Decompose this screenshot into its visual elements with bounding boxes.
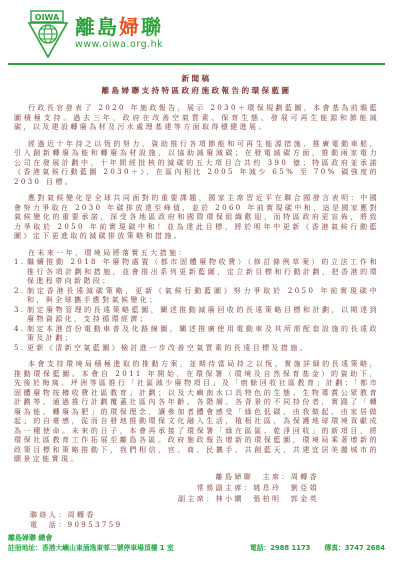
paragraph-1: 行政長官發表了 2020 年施政報告，展示 2030＋環保規劃藍圖，本會基為前瞻…	[14, 104, 379, 133]
list-item: 4. 制定本港首份電動車普及化路線圖，闡述推廣使用電動車及其所需配套設施的長遠政…	[14, 325, 379, 344]
list-item-text: 制定廢物管理的長遠策略藍圖，闡述推動減廢回收的長遠策略目標和計劃，以期達到廢物資…	[27, 306, 379, 325]
list-intro: 在未來一年，環境局將落實五大措施：	[14, 249, 379, 259]
document-body: 新聞稿 離島婦聯支持特區政府施政報告的環保藍圖 行政長官發表了 2020 年施政…	[0, 65, 393, 530]
paragraph-3: 應對氣候變化是全球共同面對的重要課題，國家主席習近平在聯合國發言表明：中國會努力…	[14, 194, 379, 242]
press-release-title: 離島婦聯支持特區政府施政報告的環保藍圖	[14, 86, 379, 96]
signature-vice-chairs: 副主席：林小嫻 張柏明 郭金英	[14, 494, 319, 505]
measures-list: 1. 繼續推動 2018 年廢物處置（都市固體廢物收費）（修訂條例草案）的立法工…	[14, 258, 379, 353]
list-item: 1. 繼續推動 2018 年廢物處置（都市固體廢物收費）（修訂條例草案）的立法工…	[14, 258, 379, 287]
org-name-part2: 聯	[141, 15, 163, 39]
paragraph-2: 經過近十年持之以恆的努力，資助推行各項節能和可再生能源措施，推廣電動車船，引入創…	[14, 140, 379, 188]
list-item-number: 4.	[14, 325, 27, 344]
list-item: 5. 更新《清新空氣藍圖》檢討進一步改善空氣質素的長遠目標及措施。	[14, 344, 379, 354]
list-item-text: 繼續推動 2018 年廢物處置（都市固體廢物收費）（修訂條例草案）的立法工作和推…	[27, 258, 379, 287]
list-item: 2. 制定香港長遠減碳策略，更新《氣候行動藍圖》努力爭取於 2050 年前實現碳…	[14, 287, 379, 306]
signature-chairman: 離島婦聯 主席：周轉香	[14, 472, 319, 483]
list-item-text: 制定香港長遠減碳策略，更新《氣候行動藍圖》努力爭取於 2050 年前實現碳中和，…	[27, 287, 379, 306]
contact-block: 聯絡人：周轉香 電 話：90953759	[14, 510, 379, 530]
list-item-number: 3.	[14, 306, 27, 325]
list-item-number: 1.	[14, 258, 27, 287]
signature-block: 離島婦聯 主席：周轉香 常務副主席：姚息玲 劉亞娟 副主席：林小嫻 張柏明 郭金…	[14, 472, 379, 505]
closing-paragraph: 本會支持環境局積極進取的推動方案，並期待當局持之以恆，實施詳細的長遠策略，推動環…	[14, 360, 379, 465]
website-link[interactable]: www.oiwa.org.hk	[75, 39, 163, 51]
list-item-text: 制定本港首份電動車普及化路線圖，闡述推廣使用電動車及其所需配套設施的長遠政策及計…	[27, 325, 379, 344]
footer-address: 註冊地址：香港大嶼山東涌逸東邨二號停車場頂樓 1 室	[8, 543, 250, 553]
list-item: 3. 制定廢物管理的長遠策略藍圖，闡述推動減廢回收的長遠策略目標和計劃，以期達到…	[14, 306, 379, 325]
letterhead: OIWA 離島婦聯 www.oiwa.org.hk	[0, 0, 393, 59]
org-name-part1: 離島	[75, 15, 119, 39]
list-item-number: 2.	[14, 287, 27, 306]
list-item-text: 更新《清新空氣藍圖》檢討進一步改善空氣質素的長遠目標及措施。	[27, 344, 379, 354]
oiwa-logo-icon: OIWA	[26, 9, 70, 59]
org-name-accent: 婦	[119, 15, 141, 39]
oiwa-acronym: OIWA	[35, 13, 60, 22]
footer-fax: 傳真：3747 2684	[324, 543, 385, 553]
footer-org-name: 離島婦聯 總會	[8, 534, 385, 543]
footer-phone: 電話：2988 1173	[250, 543, 311, 553]
press-release-page: OIWA 離島婦聯 www.oiwa.org.hk 新聞稿 離島婦聯支持特區政府…	[0, 0, 393, 561]
contact-person: 聯絡人：周轉香	[30, 510, 379, 520]
footer: 離島婦聯 總會 註冊地址：香港大嶼山東涌逸東邨二號停車場頂樓 1 室 電話：29…	[0, 534, 393, 553]
org-name: 離島婦聯	[75, 15, 163, 39]
list-item-number: 5.	[14, 344, 27, 354]
press-release-label: 新聞稿	[14, 74, 379, 84]
contact-phone: 電 話：90953759	[30, 520, 379, 530]
signature-executive-vice-chairs: 常務副主席：姚息玲 劉亞娟	[14, 483, 319, 494]
